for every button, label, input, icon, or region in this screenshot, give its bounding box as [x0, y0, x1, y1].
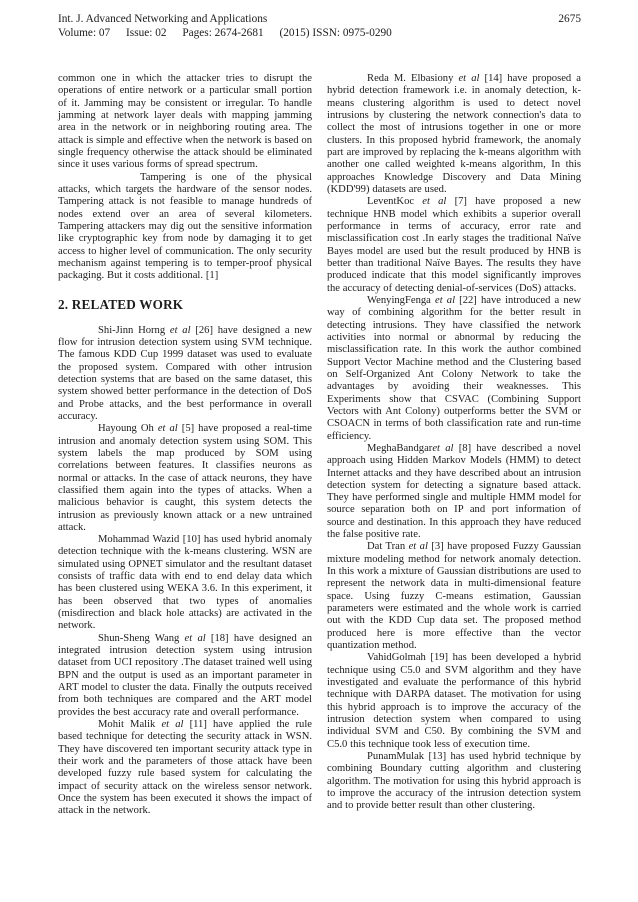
text-run: [7] have proposed a new technique HNB mo… — [327, 196, 581, 293]
text-run: [18] have designed an integrated intrusi… — [58, 633, 312, 718]
et-al-citation: et al — [161, 719, 183, 730]
text-run: PunamMulak [13] has used hybrid techniqu… — [327, 751, 581, 811]
paragraph: Mohit Malik et al [11] have applied the … — [58, 719, 312, 818]
text-run: Mohammad Wazid [10] has used hybrid anom… — [58, 534, 312, 631]
paragraph: Dat Tran et al [3] have proposed Fuzzy G… — [327, 541, 581, 652]
text-run: [26] have designed a new flow for intrus… — [58, 325, 312, 422]
et-al-citation: et al — [185, 633, 206, 644]
text-run: [14] have proposed a hybrid detection fr… — [327, 73, 581, 195]
paragraph: PunamMulak [13] has used hybrid techniqu… — [327, 751, 581, 813]
paragraph: VahidGolmah [19] has been developed a hy… — [327, 652, 581, 751]
et-al-citation: et al — [170, 325, 191, 336]
section-heading: 2. RELATED WORK — [58, 297, 312, 313]
paragraph: Shun-Sheng Wang et al [18] have designed… — [58, 633, 312, 719]
paragraph: MeghaBandgaret al [8] have described a n… — [327, 443, 581, 542]
paragraph: Mohammad Wazid [10] has used hybrid anom… — [58, 534, 312, 633]
article-body: common one in which the attacker tries t… — [58, 73, 581, 818]
issue-label: Issue: 02 — [126, 27, 166, 39]
text-run: [22] have introduced a new way of combin… — [327, 295, 581, 442]
et-al-citation: et al — [422, 196, 446, 207]
text-run: MeghaBandgar — [367, 443, 432, 454]
paragraph: Shi-Jinn Horng et al [26] have designed … — [58, 325, 312, 424]
journal-page: Int. J. Advanced Networking and Applicat… — [0, 0, 638, 902]
issn-label: (2015) ISSN: 0975-0290 — [279, 27, 391, 39]
journal-title: Int. J. Advanced Networking and Applicat… — [58, 12, 267, 26]
page-header: Int. J. Advanced Networking and Applicat… — [58, 12, 581, 40]
text-run: [5] have proposed a real-time intrusion … — [58, 423, 312, 533]
text-run: VahidGolmah [19] has been developed a hy… — [327, 652, 581, 749]
paragraph: Reda M. Elbasiony et al [14] have propos… — [327, 73, 581, 196]
paragraph: WenyingFenga et al [22] have introduced … — [327, 295, 581, 443]
paragraph: Tampering is one of the physical attacks… — [58, 172, 312, 283]
paragraph: common one in which the attacker tries t… — [58, 73, 312, 172]
et-al-citation: et al — [409, 541, 428, 552]
journal-meta: Volume: 07 Issue: 02 Pages: 2674-2681 (2… — [58, 26, 581, 40]
paragraph: LeventKoc et al [7] have proposed a new … — [327, 196, 581, 295]
et-al-citation: et al — [158, 423, 178, 434]
text-run: [11] have applied the rule based techniq… — [58, 719, 312, 816]
text-run: Reda M. Elbasiony — [367, 73, 458, 84]
et-al-citation: et al — [432, 443, 453, 454]
et-al-citation: et al — [458, 73, 479, 84]
text-run: LeventKoc — [367, 196, 422, 207]
header-top-row: Int. J. Advanced Networking and Applicat… — [58, 12, 581, 26]
text-run: Hayoung Oh — [98, 423, 158, 434]
left-column: common one in which the attacker tries t… — [58, 73, 312, 818]
text-run: [8] have described a novel approach usin… — [327, 443, 581, 540]
right-column: Reda M. Elbasiony et al [14] have propos… — [327, 73, 581, 818]
text-run: Shi-Jinn Horng — [98, 325, 170, 336]
text-run: Shun-Sheng Wang — [98, 633, 185, 644]
volume-label: Volume: 07 — [58, 27, 110, 39]
text-run: [3] have proposed Fuzzy Gaussian mixture… — [327, 541, 581, 651]
text-run: Dat Tran — [367, 541, 409, 552]
text-run: WenyingFenga — [367, 295, 435, 306]
text-run: Tampering is one of the physical attacks… — [58, 172, 312, 282]
paragraph: Hayoung Oh et al [5] have proposed a rea… — [58, 423, 312, 534]
pages-label: Pages: 2674-2681 — [182, 27, 263, 39]
page-number: 2675 — [558, 12, 581, 26]
et-al-citation: et al — [435, 295, 455, 306]
text-run: common one in which the attacker tries t… — [58, 73, 312, 170]
text-run: Mohit Malik — [98, 719, 161, 730]
